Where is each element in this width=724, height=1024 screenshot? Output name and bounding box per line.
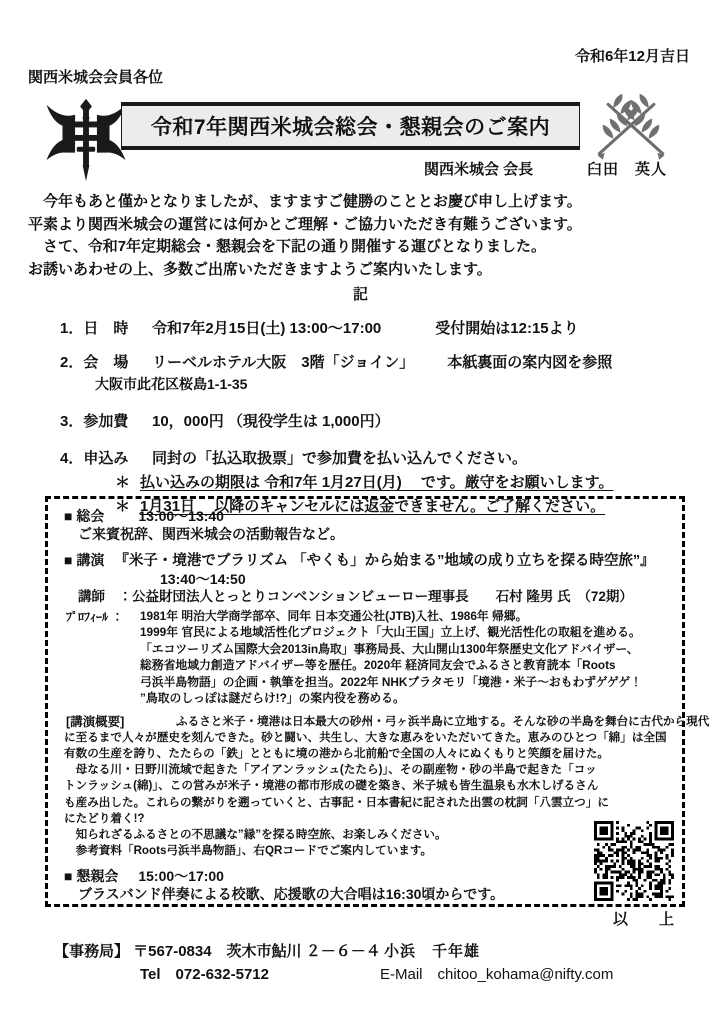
profile-line: ”鳥取のしっぽは謎だらけ!?」の案内役を務める。: [140, 690, 668, 707]
summary-line: 有数の生産を誇り、たたらの「鉄」とともに境の港から北前船で全国の人々にぬくもりと…: [64, 746, 668, 762]
item-datetime-value: 令和7年2月15日(土) 13:00～17:00: [152, 320, 381, 337]
item-datetime: 1．日 時令和7年2月15日(土) 13:00～17:00受付開始は12:15よ…: [60, 317, 613, 338]
lecturer-profile: ﾌﾟﾛﾌｨｰﾙ ： 1981年 明治大学商学部卒、同年 日本交通公社(JTB)入…: [64, 608, 668, 707]
closing-ijou: 以 上: [613, 908, 682, 929]
page-title: 令和7年関西米城会総会・懇親会のご案内: [151, 111, 550, 141]
addressee-line: 関西米城会会員各位: [28, 66, 163, 87]
office-address-line: 【事務局】 〒567-0834 茨木市鮎川 ２－６－４: [54, 940, 381, 961]
summary-line: 母なる川・日野川流域で起きた「アイアンラッシュ(たたら)」、その副産物・砂の半島…: [64, 762, 668, 778]
summary-line: も産み出した。これらの繋がりを遡っていくと、古事記・日本書紀に記された出雲の枕詞…: [64, 795, 668, 811]
office-email: E-Mail chitoo_kohama@nifty.com: [380, 963, 613, 984]
office-contact-name: 小浜 千年雄: [384, 940, 480, 961]
venue-address: 大阪市此花区桜島1-1-35: [60, 374, 613, 394]
president-name: 臼田 英人: [587, 158, 667, 179]
item-datetime-label: 1．日 時: [60, 317, 152, 338]
kouen-time: 13:40～14:50: [64, 571, 668, 589]
profile-line: 「エコツーリズム国際大会2013in鳥取」事務局長、大山開山1300年祭歴史文化…: [140, 641, 668, 658]
greeting-line: 平素より関西米城会の運営には何かとご理解・ご協力いただき有難うございます。: [28, 214, 582, 237]
sokai-label: ■ 総会: [64, 508, 104, 524]
summary-line: ふるさと米子・境港は日本最大の砂州・弓ヶ浜半島に立地する。そんな砂の半島を舞台に…: [64, 714, 668, 730]
ki-heading: 記: [0, 283, 724, 304]
profile-line: 総務省地域力創造アドバイザー等を歴任。2020年 経済同友会でふるさと教育読本「…: [140, 657, 668, 674]
qr-code: [594, 821, 674, 901]
konshinkai-desc: ブラスバンド伴奏による校歌、応援歌の大合唱は16:30頃からです。: [64, 886, 668, 904]
kouen-label: ■ 講演: [64, 552, 104, 568]
item-fee-label: 3．参加費: [60, 410, 152, 431]
profile-line: 1999年 官民による地域活性化プロジェクト「大山王国」立上げ、観光活性化の取組…: [140, 624, 668, 641]
issue-date: 令和6年12月吉日: [575, 45, 690, 66]
summary-line: にたどり着く!?: [64, 811, 668, 827]
school-crest-icon: [44, 92, 128, 188]
event-details-list: 1．日 時令和7年2月15日(土) 13:00～17:00受付開始は12:15よ…: [60, 317, 613, 516]
item-fee-value: 10，000円 （現役学生は 1,000円）: [152, 413, 390, 430]
sokai-desc: ご来賓祝辞、関西米城会の活動報告など。: [64, 526, 668, 544]
president-title: 関西米城会 会長: [424, 158, 533, 179]
item-venue-note: 本紙裏面の案内図を参照: [447, 354, 612, 371]
program-box: ■ 総会13:00～13:40 ご来賓祝辞、関西米城会の活動報告など。 ■ 講演…: [45, 496, 685, 907]
greeting-line: さて、令和7年定期総会・懇親会を下記の通り開催する運びとなりました。: [28, 236, 582, 259]
item-venue: 2．会 場リーベルホテル大阪 3階「ジョイン」本紙裏面の案内図を参照: [60, 351, 613, 372]
sokai-time: 13:00～13:40: [138, 508, 224, 524]
summary-line: 知られざるふるさとの不思議な”縁”を探る時空旅、お楽しみください。: [64, 827, 668, 843]
invitation-letter-page: 令和6年12月吉日 関西米城会会員各位 令和7年関西米城会総会・懇親会のご案内: [0, 0, 724, 1024]
summary-line: トンラッシュ(綿)」、この営みが米子・境港の都市形成の礎を築き、米子城も皆生温泉…: [64, 778, 668, 794]
item-venue-value: リーベルホテル大阪 3階「ジョイン」: [152, 354, 414, 371]
payment-deadline-text: 払い込みの期限は 令和7年 1月27日(月) です。厳守をお願いします。: [140, 474, 613, 491]
lecturer-name: 公益財団法人とっとりコンベンションビューロー理事長 石村 隆男 氏 （72期）: [132, 589, 633, 604]
lecturer-row: 講師 ：公益財団法人とっとりコンベンションビューロー理事長 石村 隆男 氏 （7…: [64, 588, 668, 606]
summary-line: に至るまで人々が歴史を刻んできた。砂と闘い、共生し、大きな恵みをいただいてきた。…: [64, 730, 668, 746]
item-application-label: 4．申込み: [60, 447, 152, 468]
item-venue-label: 2．会 場: [60, 351, 152, 372]
lecturer-label: 講師 ：: [78, 589, 132, 604]
konshinkai-row: ■ 懇親会15:00～17:00: [64, 868, 668, 886]
summary-label: [講演概要]: [66, 714, 124, 730]
lecture-summary: [講演概要] ふるさと米子・境港は日本最大の砂州・弓ヶ浜半島に立地する。そんな砂…: [64, 714, 668, 860]
greeting-line: 今年もあと僅かとなりましたが、ますますご健勝のこととお慶び申し上げます。: [28, 191, 582, 214]
item-application: 4．申込み同封の「払込取扱票」で参加費を払い込んでください。: [60, 447, 613, 468]
payment-deadline-note: ＊払い込みの期限は 令和7年 1月27日(月) です。厳守をお願いします。: [60, 471, 613, 492]
item-application-value: 同封の「払込取扱票」で参加費を払い込んでください。: [152, 450, 527, 467]
sokai-row: ■ 総会13:00～13:40: [64, 508, 668, 526]
kouen-title: 『米子・境港でブラリズム 「やくも」から始まる”地域の成り立ちを探る時空旅”』: [114, 553, 654, 569]
greeting-paragraph: 今年もあと僅かとなりましたが、ますますご健勝のこととお慶び申し上げます。 平素よ…: [28, 191, 582, 281]
item-fee: 3．参加費10，000円 （現役学生は 1,000円）: [60, 410, 613, 431]
greeting-line: お誘いあわせの上、多数ご出席いただきますようご案内いたします。: [28, 259, 582, 282]
item-datetime-note: 受付開始は12:15より: [435, 320, 578, 337]
kouen-row: ■ 講演『米子・境港でブラリズム 「やくも」から始まる”地域の成り立ちを探る時空…: [64, 552, 668, 571]
konshinkai-label: ■ 懇親会: [64, 868, 118, 884]
title-banner: 令和7年関西米城会総会・懇親会のご案内: [121, 102, 580, 150]
asterisk: ＊: [115, 474, 130, 491]
rice-ear-emblem-icon: [587, 93, 675, 165]
profile-line: 弓浜半島物語」の企画・執筆を担当。2022年 NHKブラタモリ「境港・米子～おも…: [140, 674, 668, 691]
profile-line: 1981年 明治大学商学部卒、同年 日本交通公社(JTB)入社、1986年 帰郷…: [140, 608, 668, 625]
profile-label: ﾌﾟﾛﾌｨｰﾙ ：: [66, 609, 123, 626]
konshinkai-time: 15:00～17:00: [138, 868, 224, 884]
summary-line: 参考資料「Roots弓浜半島物語」、右QRコードでご案内しています。: [64, 843, 668, 859]
office-tel: Tel 072-632-5712: [140, 963, 269, 984]
